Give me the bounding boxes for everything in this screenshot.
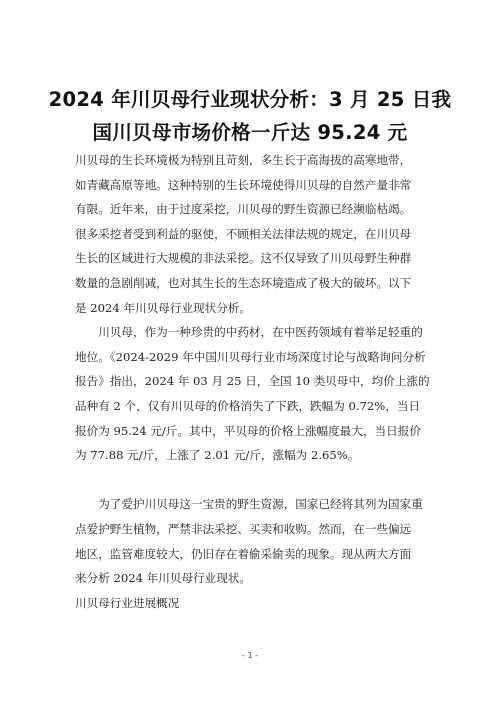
text-line: 是 2024 年川贝母行业现状分析。 (75, 296, 427, 321)
text-line: 报价为 95.24 元/斤。其中，平贝母的价格上涨幅度最大，当日报价 (75, 419, 427, 444)
paragraph-market-price: 川贝母，作为一种珍贵的中药材，在中医药领域有着举足轻重的 地位。《2024-20… (75, 320, 427, 468)
text-line: 很多采挖者受到利益的驱使，不顾相关法律法规的规定，在川贝母 (75, 222, 427, 247)
paragraph-spacer (75, 468, 427, 493)
text-line: 来分析 2024 年川贝母行业现状。 (75, 566, 427, 591)
text-line: 为 77.88 元/斤，上涨了 2.01 元/斤，涨幅为 2.65%。 (75, 443, 427, 468)
paragraph-protection: 为了爱护川贝母这一宝贵的野生资源，国家已经将其列为国家重 点爱护野生植物，严禁非… (75, 492, 427, 590)
text-line: 如青藏高原等地。这种特别的生长环境使得川贝母的自然产量非常 (75, 173, 427, 198)
text-line: 品种有 2 个，仅有川贝母的价格消失了下跌，跌幅为 0.72%，当日 (75, 394, 427, 419)
title-line-1: 2024 年川贝母行业现状分析：3 月 25 日我 (40, 83, 460, 116)
text-line: 有限。近年来，由于过度采挖，川贝母的野生资源已经濒临枯竭。 (75, 197, 427, 222)
text-line: 地位。《2024-2029 年中国川贝母行业市场深度讨论与战略询问分析 (75, 345, 427, 370)
text-line: 报告》指出，2024 年 03 月 25 日，全国 10 类贝母中，均价上涨的 (75, 369, 427, 394)
page-number: - 1 - (0, 651, 500, 660)
text-line: 点爱护野生植物，严禁非法采挖、买卖和收购。然而，在一些偏远 (75, 517, 427, 542)
text-line: 生长的区域进行大规模的非法采挖。这不仅导致了川贝母野生种群 (75, 246, 427, 271)
text-line: 地区，监管难度较大，仍旧存在着偷采偷卖的现象。现从两大方面 (75, 542, 427, 567)
paragraph-intro: 川贝母的生长环境极为特别且苛刻，多生长于高海拔的高寒地带， 如青藏高原等地。这种… (75, 148, 427, 320)
text-line: 为了爱护川贝母这一宝贵的野生资源，国家已经将其列为国家重 (75, 492, 427, 517)
section-heading-text: 川贝母行业进展概况 (75, 591, 427, 616)
section-heading: 川贝母行业进展概况 (75, 591, 427, 616)
text-line: 川贝母的生长环境极为特别且苛刻，多生长于高海拔的高寒地带， (75, 148, 427, 173)
text-line: 数量的急剧削减，也对其生长的生态环境造成了极大的破坏。以下 (75, 271, 427, 296)
text-line: 川贝母，作为一种珍贵的中药材，在中医药领域有着举足轻重的 (75, 320, 427, 345)
document-body: 川贝母的生长环境极为特别且苛刻，多生长于高海拔的高寒地带， 如青藏高原等地。这种… (75, 148, 427, 615)
document-title: 2024 年川贝母行业现状分析：3 月 25 日我 国川贝母市场价格一斤达 95… (40, 83, 460, 149)
title-line-2: 国川贝母市场价格一斤达 95.24 元 (40, 116, 460, 149)
document-page: 2024 年川贝母行业现状分析：3 月 25 日我 国川贝母市场价格一斤达 95… (0, 0, 500, 707)
